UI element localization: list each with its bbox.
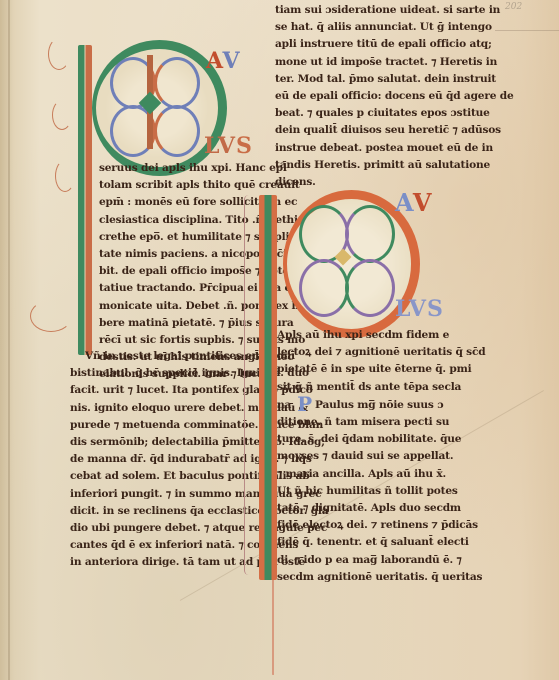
ornament-lobe xyxy=(345,205,395,263)
display-caps-av-left: AV xyxy=(206,48,241,74)
text-line: dicit. in se reclinens q̄a ecclasticē do… xyxy=(70,503,250,520)
ruling-line xyxy=(495,30,559,31)
text-line: ⁊ maria ancilla. Apls aū ihu x̄. xyxy=(277,466,467,483)
text-line: pietatē ē in spe uite ēterne q̄. pmi xyxy=(277,361,467,378)
text-line: nis. ignito eloquo urere debet. mundaū & xyxy=(70,400,250,417)
text-line: mone ut id impos̄e tractet. ⁊ Heretis in xyxy=(275,54,465,71)
text-line: Vñ in ueste legal pontifices erat tonī xyxy=(70,348,250,365)
text-line: purede ⁊ metuenda comminatōe. ⁊ luce bla… xyxy=(70,417,250,434)
text-line: dis sermōnib; delectabilia p̄mittendo. I… xyxy=(70,434,250,451)
cap-letter: V xyxy=(222,48,240,74)
text-line: fidē electoꝝ dei. ⁊ retinens ⁊ p̄dicās xyxy=(277,517,467,534)
blue-initial-p: P xyxy=(297,396,312,413)
text-line: cebat ad solem. Et baculus pontificalis … xyxy=(70,468,250,485)
text-line: instrue debeat. postea mouet eū de in xyxy=(275,140,465,157)
ornament-lobe xyxy=(345,259,395,317)
display-caps-lus-right: LVS xyxy=(395,296,444,322)
text-line: cantes q̄d ē ex inferiori natā. ⁊ corrue… xyxy=(70,537,250,554)
cap-letter: V xyxy=(218,133,236,159)
initial-p-stem-left xyxy=(78,45,92,355)
text-line: ture. s̄. dei q̄dam nobilitate. q̄ue xyxy=(277,431,467,448)
text-line: epm̄ : monēs eū fore sollicitū in ec xyxy=(99,194,249,211)
text-line: naPPaulus mg̅ nōie suus ɔ xyxy=(277,396,467,414)
text-line: tandis Heretis. primitt aū salutatione xyxy=(275,157,465,174)
text-line: tatiue tractando. Pr̄cipua ei sua cōn xyxy=(99,280,249,297)
folio-number: 202 xyxy=(505,2,522,12)
manuscript-page: 202 AV LVS seruus dei apls ihu xpi. Hanc… xyxy=(0,0,559,680)
cap-letter: A xyxy=(206,48,222,74)
display-caps-av-right: AV xyxy=(395,188,433,217)
text-line: inferiori pungit. ⁊ in summo man duua gr… xyxy=(70,486,250,503)
text-line: tatē ⁊ dignitatē. Apls duo secdm xyxy=(277,500,467,517)
initial-p-tail-flourish xyxy=(266,580,274,675)
cap-letter: L xyxy=(204,133,218,159)
text-line: apli instruere titū de epali officio atq… xyxy=(275,36,465,53)
cap-letter: L xyxy=(395,296,409,322)
text-line: tate nimis paciens. a nicopoli sc̄i xyxy=(99,246,249,263)
cap-letter: V xyxy=(413,188,433,217)
margin-flourish xyxy=(30,300,72,332)
text-line: facit. urit ⁊ lucet. Ita pontifex gladio… xyxy=(70,382,250,399)
text-line: seruus dei apls ihu xpi. Hanc epl̄ xyxy=(99,160,249,177)
margin-flourish xyxy=(52,100,72,130)
cap-letter: V xyxy=(409,296,427,322)
ornament-lobe xyxy=(154,105,200,157)
margin-flourish xyxy=(55,160,75,192)
text-line: in anteriora dirige. tā tam ut ad p̄pā o… xyxy=(70,554,250,571)
text-fragment: na xyxy=(277,399,291,411)
display-caps-lus-left: LVS xyxy=(204,133,253,159)
text-line: di. ⁊ ido p ea mag̅ laborandū ē. ⁊ xyxy=(277,552,467,569)
ornament-lobe xyxy=(299,259,349,317)
text-line: tolam scribit apls thito quē creauit xyxy=(99,177,249,194)
text-line: dio ubi pungere debet. ⁊ atque relanguie… xyxy=(70,520,250,537)
cap-letter: S xyxy=(236,133,253,159)
text-line: de manna dr̄. q̄d indurabatr̄ ad ignē. ⁊… xyxy=(70,451,250,468)
text-line: dicens. xyxy=(275,174,465,191)
penwork-flourish xyxy=(244,195,253,575)
text-line: dein qualit̄ diuisos seu heretic̄ ⁊ adūs… xyxy=(275,122,465,139)
text-line: moyses ⁊ dauid sui se appellat. xyxy=(277,448,467,465)
text-line: se hat. q̄ aliis annunciat. Ut ḡ intengo xyxy=(275,19,465,36)
initial-p-stem-right xyxy=(259,195,277,580)
text-line: ditione. ñ tam misera pecti su xyxy=(277,414,467,431)
text-line: bere matinā pietatē. ⁊ p̄ius secura xyxy=(99,315,249,332)
text-line: eū de epali officio: docens eū q̄d agere… xyxy=(275,88,465,105)
margin-flourish xyxy=(48,38,70,70)
text-line: Ut ñ hic humilitas ñ tollit potes xyxy=(277,483,467,500)
text-line: tiam sui ɔsideratione uideat. si sarte i… xyxy=(275,2,465,19)
text-line: bistinabul. q̄ hr̄ speciē ignis. Ignis .… xyxy=(70,365,250,382)
text-line: crethe epo̅. et humilitate ⁊ simplici xyxy=(99,229,249,246)
text-line: monicate uita. Debet .ñ. pontifex ha xyxy=(99,298,249,315)
cap-letter: S xyxy=(427,296,444,322)
text-line: Apls aū ihu xpi secdm fidem e xyxy=(277,327,467,344)
text-line: secdm agnitionē ueritatis. q̄ ueritas xyxy=(277,569,467,586)
text-line: fidē q̄. tenentr. et q̄ saluant̄ electi xyxy=(277,534,467,551)
cap-letter: A xyxy=(395,188,413,217)
text-line: lectoꝝ dei ⁊ agnitionē ueritatis q̄ sc̄d xyxy=(277,344,467,361)
left-column-text-bottom: Vñ in ueste legal pontifices erat tonī b… xyxy=(70,348,250,572)
text-line: bit. de epali officio impos̄e ⁊ potes xyxy=(99,263,249,280)
text-fragment: Paulus mg̅ nōie suus ɔ xyxy=(315,399,443,411)
right-column-text-top: tiam sui ɔsideratione uideat. si sarte i… xyxy=(275,2,465,191)
text-line: ter. Mod tal. p̄mo salutat. dein instrui… xyxy=(275,71,465,88)
text-line: rēcī ut sic fortis supbis. ⁊ suauis mo xyxy=(99,332,249,349)
text-line: clesiastica disciplina. Tito .ñ. rethico xyxy=(99,212,249,229)
binding-gutter xyxy=(8,0,10,680)
ornament-lobe xyxy=(154,57,200,109)
right-column-text-bottom: Apls aū ihu xpi secdm fidem e lectoꝝ dei… xyxy=(277,327,467,586)
text-line: beat. ⁊ quales p ciuitates epos ɔstitue xyxy=(275,105,465,122)
